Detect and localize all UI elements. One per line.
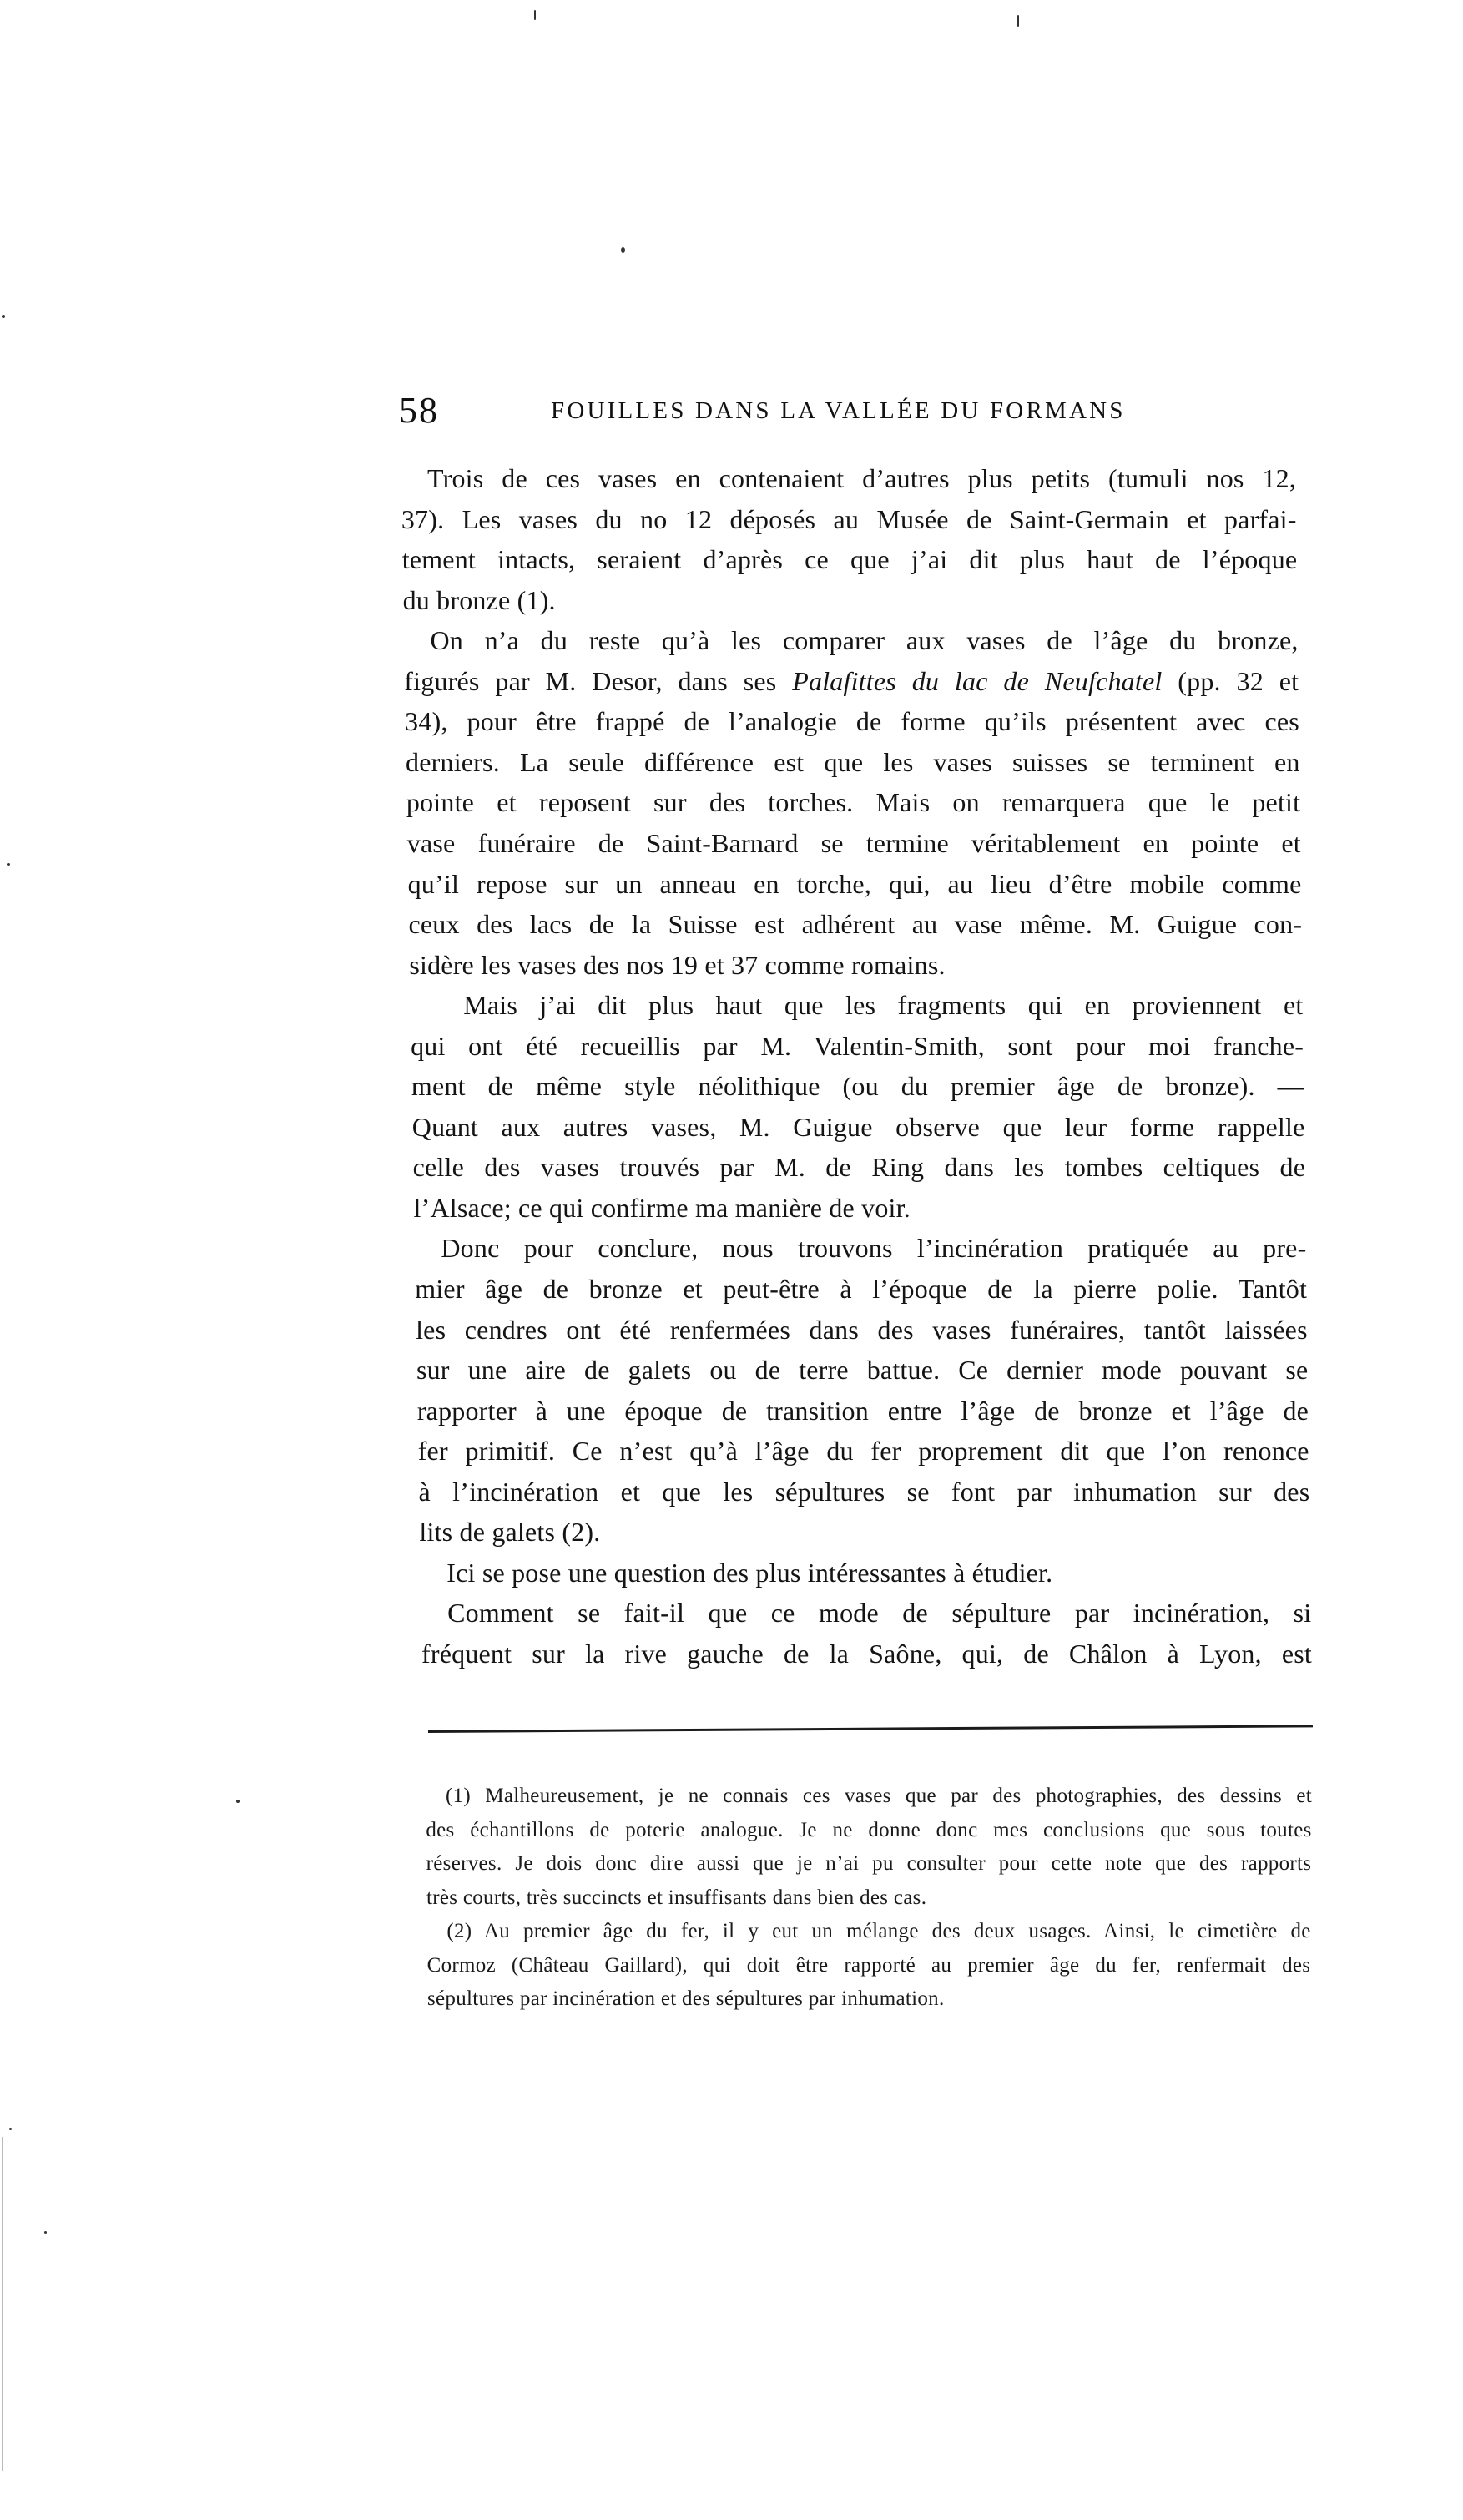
body-line: lits de galets (2). xyxy=(419,1513,600,1550)
footnote-line: Cormoz (Château Gaillard), qui doit être… xyxy=(427,1951,1311,1981)
body-line: qu’il repose sur un anneau en torche, qu… xyxy=(408,866,1302,902)
book-title: Palafittes du lac de Neufchatel xyxy=(792,666,1162,696)
body-line: 34), pour être frappé de l’analogie de f… xyxy=(405,703,1299,740)
body-line: vase funéraire de Saint-Barnard se termi… xyxy=(407,825,1301,861)
body-line: les cendres ont été renfermées dans des … xyxy=(416,1311,1308,1348)
body-line: 37). Les vases du no 12 déposés au Musée… xyxy=(401,501,1297,538)
body-line: Trois de ces vases en contenaient d’autr… xyxy=(427,460,1296,497)
scanned-page: 58 FOUILLES DANS LA VALLÉE DU FORMANS Tr… xyxy=(0,0,1463,2520)
body-line: On n’a du reste qu’à les comparer aux va… xyxy=(430,622,1298,659)
scan-speck xyxy=(2,2137,3,2471)
footnote-line: (2) Au premier âge du fer, il y eut un m… xyxy=(446,1917,1310,1947)
page-number: 58 xyxy=(399,386,439,436)
body-line: sidère les vases des nos 19 et 37 comme … xyxy=(409,947,945,983)
footnote-line: très courts, très succincts et insuffisa… xyxy=(426,1883,926,1913)
running-head-title: FOUILLES DANS LA VALLÉE DU FORMANS xyxy=(551,394,1126,427)
body-line: fer primitif. Ce n’est qu’à l’âge du fer… xyxy=(418,1432,1309,1469)
body-line: rapporter à une époque de transition ent… xyxy=(417,1392,1309,1429)
body-line: derniers. La seule différence est que le… xyxy=(406,744,1300,780)
body-line: fréquent sur la rive gauche de la Saône,… xyxy=(421,1635,1312,1672)
body-line: ment de même style néolithique (ou du pr… xyxy=(411,1068,1304,1104)
scan-speck xyxy=(236,1800,240,1803)
scan-speck xyxy=(534,10,536,20)
body-line: Mais j’ai dit plus haut que les fragment… xyxy=(463,987,1303,1023)
scan-speck xyxy=(2,315,5,318)
body-line: figurés par M. Desor, dans ses Palafitte… xyxy=(404,663,1299,699)
body-line: Ici se pose une question des plus intére… xyxy=(446,1554,1052,1591)
body-line: Donc pour conclure, nous trouvons l’inci… xyxy=(441,1230,1306,1266)
body-line: à l’incinération et que les sépultures s… xyxy=(419,1473,1310,1510)
footnote-line: (1) Malheureusement, je ne connais ces v… xyxy=(446,1781,1312,1811)
scan-speck xyxy=(1017,15,1019,27)
body-line: pointe et reposent sur des torches. Mais… xyxy=(406,784,1300,821)
scan-speck xyxy=(44,2231,47,2234)
body-line: qui ont été recueillis par M. Valentin-S… xyxy=(411,1028,1304,1064)
body-line: ceux des lacs de la Suisse est adhérent … xyxy=(408,906,1302,942)
body-line: Comment se fait-il que ce mode de sépult… xyxy=(447,1594,1311,1631)
footnote-line: sépultures par incinération et des sépul… xyxy=(427,1984,945,2014)
running-head: 58 FOUILLES DANS LA VALLÉE DU FORMANS xyxy=(399,386,1200,436)
footnote-line: des échantillons de poterie analogue. Je… xyxy=(426,1816,1311,1846)
scan-speck xyxy=(7,863,10,866)
scan-speck xyxy=(9,2128,12,2130)
footnote-line: réserves. Je dois donc dire aussi que je… xyxy=(426,1849,1312,1879)
body-line: l’Alsace; ce qui confirme ma manière de … xyxy=(414,1189,911,1226)
scan-speck xyxy=(621,247,625,253)
body-line: celle des vases trouvés par M. de Ring d… xyxy=(413,1149,1305,1185)
body-line: Quant aux autres vases, M. Guigue observ… xyxy=(412,1108,1305,1145)
footnote-rule xyxy=(428,1725,1313,1733)
body-line: sur une aire de galets ou de terre battu… xyxy=(416,1351,1308,1388)
body-line: mier âge de bronze et peut-être à l’époq… xyxy=(415,1270,1307,1307)
body-line: tement intacts, seraient d’après ce que … xyxy=(402,541,1298,578)
body-line: du bronze (1). xyxy=(403,582,556,619)
